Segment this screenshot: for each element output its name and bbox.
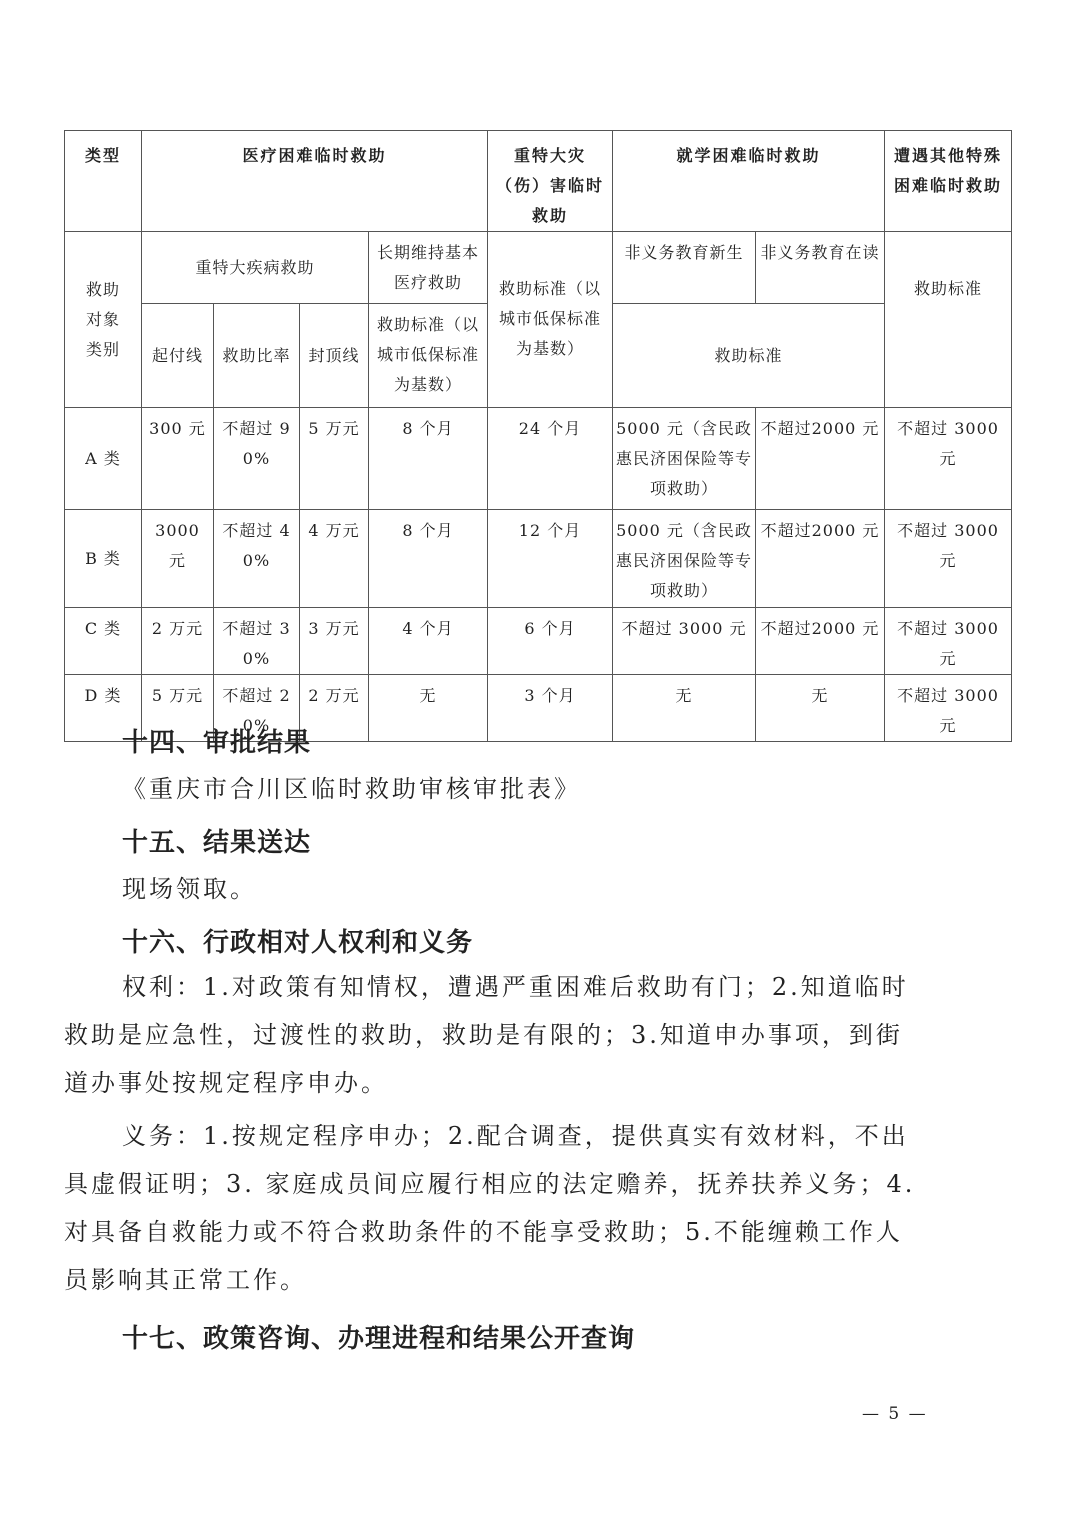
deductible-label: 起付线 bbox=[142, 304, 214, 408]
edu-new-cell: 不超过 3000 元 bbox=[613, 608, 756, 675]
section-15-body: 现场领取。 bbox=[122, 865, 982, 913]
header-type: 类型 bbox=[65, 131, 142, 232]
edu-current-cell: 不超过2000 元 bbox=[756, 608, 885, 675]
disaster-cell: 24 个月 bbox=[488, 408, 613, 510]
target-category-label: 救助对象类别 bbox=[65, 232, 142, 408]
ratio-cell: 不超过 90% bbox=[214, 408, 300, 510]
table-row: B 类 3000 元 不超过 40% 4 万元 8 个月 12 个月 5000 … bbox=[65, 510, 1012, 608]
header-education: 就学困难临时救助 bbox=[613, 131, 885, 232]
ratio-cell: 不超过 30% bbox=[214, 608, 300, 675]
page-number: — 5 — bbox=[862, 1404, 928, 1424]
cap-cell: 4 万元 bbox=[300, 510, 369, 608]
disaster-cell: 12 个月 bbox=[488, 510, 613, 608]
long-term-cell: 8 个月 bbox=[369, 408, 488, 510]
other-cell: 不超过 3000 元 bbox=[885, 608, 1012, 675]
section-16-rights: 权利：1.对政策有知情权，遭遇严重困难后救助有门；2.知道临时救助是应急性，过渡… bbox=[64, 963, 924, 1107]
cap-cell: 5 万元 bbox=[300, 408, 369, 510]
other-standard-label: 救助标准 bbox=[885, 232, 1012, 408]
category-cell: B 类 bbox=[65, 510, 142, 608]
long-term-standard-label: 救助标准（以城市低保标准为基数） bbox=[369, 304, 488, 408]
deductible-cell: 3000 元 bbox=[142, 510, 214, 608]
edu-current-cell: 不超过2000 元 bbox=[756, 408, 885, 510]
disaster-standard-label: 救助标准（以城市低保标准为基数） bbox=[488, 232, 613, 408]
long-term-medical-label: 长期维持基本医疗救助 bbox=[369, 232, 488, 304]
deductible-cell: 300 元 bbox=[142, 408, 214, 510]
table-row: C 类 2 万元 不超过 30% 3 万元 4 个月 6 个月 不超过 3000… bbox=[65, 608, 1012, 675]
edu-new-cell: 无 bbox=[613, 675, 756, 742]
non-compulsory-new-label: 非义务教育新生 bbox=[613, 232, 756, 304]
cap-cell: 3 万元 bbox=[300, 608, 369, 675]
section-15-title: 十五、结果送达 bbox=[122, 822, 311, 859]
header-other: 遭遇其他特殊困难临时救助 bbox=[885, 131, 1012, 232]
long-term-cell: 8 个月 bbox=[369, 510, 488, 608]
category-cell: A 类 bbox=[65, 408, 142, 510]
edu-new-cell: 5000 元（含民政惠民济困保险等专项救助） bbox=[613, 408, 756, 510]
edu-current-cell: 无 bbox=[756, 675, 885, 742]
section-17-title: 十七、政策咨询、办理进程和结果公开查询 bbox=[122, 1318, 635, 1355]
table-row: A 类 300 元 不超过 90% 5 万元 8 个月 24 个月 5000 元… bbox=[65, 408, 1012, 510]
ratio-cell: 不超过 40% bbox=[214, 510, 300, 608]
other-cell: 不超过 3000 元 bbox=[885, 408, 1012, 510]
other-cell: 不超过 3000 元 bbox=[885, 675, 1012, 742]
section-16-duties: 义务：1.按规定程序申办；2.配合调查，提供真实有效材料，不出具虚假证明；3. … bbox=[64, 1112, 924, 1304]
section-14-title: 十四、审批结果 bbox=[122, 722, 311, 759]
other-cell: 不超过 3000 元 bbox=[885, 510, 1012, 608]
section-14-body: 《重庆市合川区临时救助审核审批表》 bbox=[122, 765, 982, 813]
ratio-label: 救助比率 bbox=[214, 304, 300, 408]
serious-illness-label: 重特大疾病救助 bbox=[142, 232, 369, 304]
cap-label: 封顶线 bbox=[300, 304, 369, 408]
header-disaster: 重特大灾（伤）害临时救助 bbox=[488, 131, 613, 232]
section-16-title: 十六、行政相对人权利和义务 bbox=[122, 922, 473, 959]
assistance-standards-table: 类型 医疗困难临时救助 重特大灾（伤）害临时救助 就学困难临时救助 遭遇其他特殊… bbox=[64, 130, 1012, 742]
long-term-cell: 无 bbox=[369, 675, 488, 742]
header-medical: 医疗困难临时救助 bbox=[142, 131, 488, 232]
disaster-cell: 3 个月 bbox=[488, 675, 613, 742]
category-cell: C 类 bbox=[65, 608, 142, 675]
long-term-cell: 4 个月 bbox=[369, 608, 488, 675]
disaster-cell: 6 个月 bbox=[488, 608, 613, 675]
deductible-cell: 2 万元 bbox=[142, 608, 214, 675]
edu-new-cell: 5000 元（含民政惠民济困保险等专项救助） bbox=[613, 510, 756, 608]
education-standard-label: 救助标准 bbox=[613, 304, 885, 408]
non-compulsory-current-label: 非义务教育在读 bbox=[756, 232, 885, 304]
edu-current-cell: 不超过2000 元 bbox=[756, 510, 885, 608]
